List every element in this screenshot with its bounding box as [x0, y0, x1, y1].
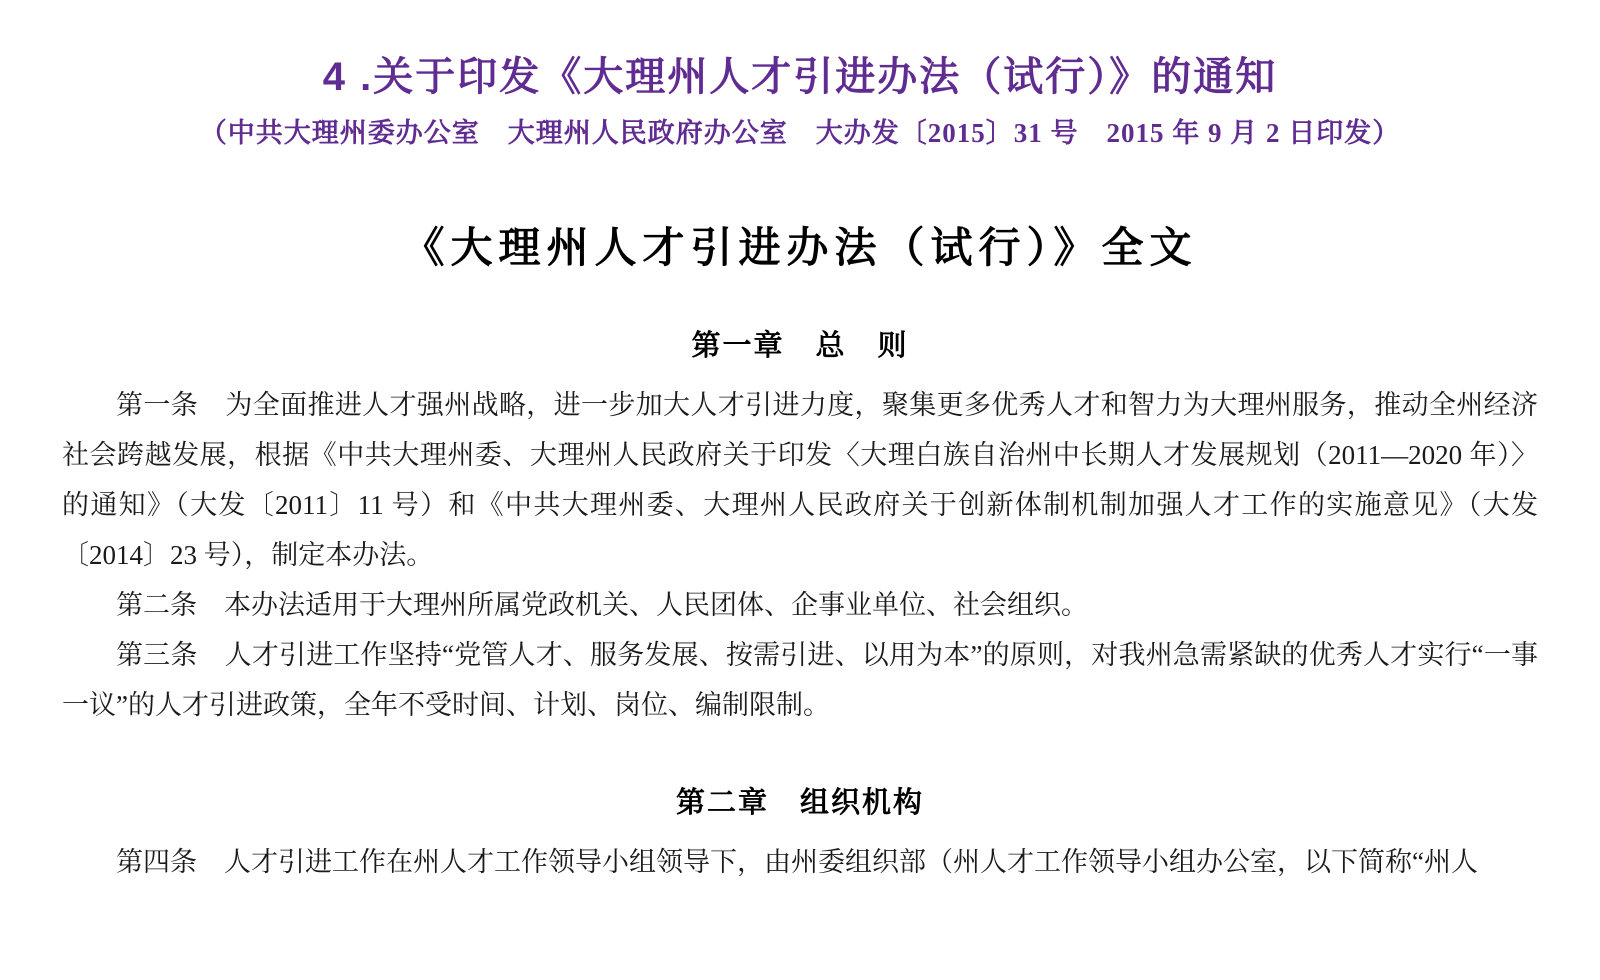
- document-body: 第一章 总 则第一条 为全面推进人才强州战略，进一步加大人才引进力度，聚集更多优…: [62, 329, 1538, 887]
- document-content: 4 .关于印发《大理州人才引进办法（试行）》的通知 （中共大理州委办公室 大理州…: [0, 54, 1600, 887]
- body-paragraph: 第四条 人才引进工作在州人才工作领导小组领导下，由州委组织部（州人才工作领导小组…: [62, 837, 1538, 887]
- document-title: 4 .关于印发《大理州人才引进办法（试行）》的通知: [62, 54, 1538, 100]
- chapter-heading: 第一章 总 则: [62, 329, 1538, 364]
- chapter-heading: 第二章 组织机构: [62, 786, 1538, 821]
- document-page: 4 .关于印发《大理州人才引进办法（试行）》的通知 （中共大理州委办公室 大理州…: [0, 0, 1600, 980]
- document-byline: （中共大理州委办公室 大理州人民政府办公室 大办发〔2015〕31 号 2015…: [62, 116, 1538, 151]
- fulltext-heading: 《大理州人才引进办法（试行）》全文: [62, 225, 1538, 273]
- body-paragraph: 第一条 为全面推进人才强州战略，进一步加大人才引进力度，聚集更多优秀人才和智力为…: [62, 380, 1538, 580]
- body-paragraph: 第二条 本办法适用于大理州所属党政机关、人民团体、企事业单位、社会组织。: [62, 580, 1538, 630]
- body-paragraph: 第三条 人才引进工作坚持“党管人才、服务发展、按需引进、以用为本”的原则，对我州…: [62, 630, 1538, 730]
